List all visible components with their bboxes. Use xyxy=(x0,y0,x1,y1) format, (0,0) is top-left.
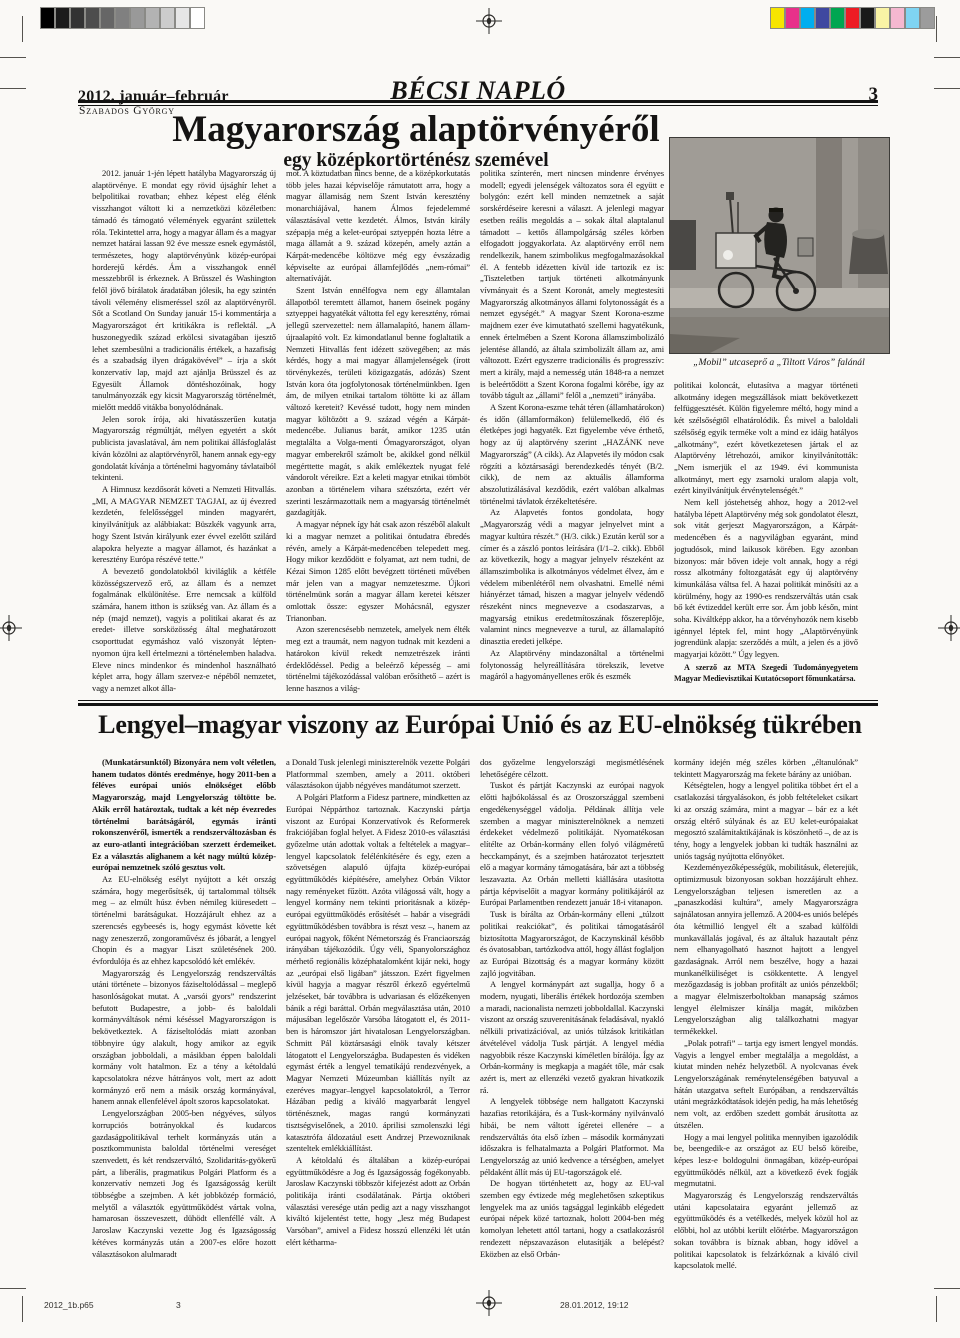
color-calibration-bar xyxy=(770,7,935,29)
article-title: Magyarország alaptörvényéről xyxy=(80,111,752,148)
grayscale-calibration-bar xyxy=(40,7,205,29)
article-paragraph: dos győzelme lengyelországi megismétlésé… xyxy=(480,757,664,780)
calibration-swatch xyxy=(860,7,875,29)
author-bio-note: A szerző az MTA Szegedi Tudományegyetem … xyxy=(674,663,858,685)
article-paragraph: Magyarország és Lengyelország rendszervá… xyxy=(674,1190,858,1272)
newspaper-page: 2012. január–február BÉCSI NAPLÓ 3 Szaba… xyxy=(0,0,960,1338)
article-paragraph: Az Alaptörvény mindazonáltal a történelm… xyxy=(480,648,664,683)
article-paragraph: 2012. január 1-jén lépett hatályba Magya… xyxy=(92,168,276,414)
article-paragraph: Nem kell jóstehetség ahhoz, hogy a 2012-… xyxy=(674,497,858,661)
article-column: kormány idején még széles körben „éltanu… xyxy=(674,757,858,1273)
crop-mark xyxy=(0,1288,26,1289)
calibration-swatch xyxy=(55,7,70,29)
calibration-swatch xyxy=(905,7,920,29)
article-column: a Donald Tusk jelenlegi miniszterelnök v… xyxy=(286,757,470,1273)
calibration-swatch xyxy=(115,7,130,29)
calibration-swatch xyxy=(800,7,815,29)
photo-spacer xyxy=(674,168,858,380)
article-paragraph: Jelen sorok írója, aki hivatásszerűen ku… xyxy=(92,414,276,484)
calibration-swatch xyxy=(830,7,845,29)
article-paragraph: politikai koloncát, elutasítva a magyar … xyxy=(674,380,858,497)
article-separator-rule xyxy=(78,700,878,706)
calibration-swatch xyxy=(40,7,55,29)
crop-mark xyxy=(934,1288,960,1289)
footer-page-number: 3 xyxy=(176,1300,181,1310)
article-column: dos győzelme lengyelországi megismétlésé… xyxy=(480,757,664,1273)
crop-mark xyxy=(0,57,26,58)
article-paragraph: A magyar népnek így hát csak azon részéb… xyxy=(286,519,470,624)
article-paragraph: mot. A köztudatban nincs benne, de a köz… xyxy=(286,168,470,285)
crop-mark xyxy=(22,1296,23,1322)
article-paragraph: A lengyelek többsége nem hallgatott Kacz… xyxy=(480,1096,664,1178)
article-paragraph: Kezdeményezőképességük, mobilitásuk, éle… xyxy=(674,862,858,1038)
calibration-swatch xyxy=(160,7,175,29)
footer-file-label: 2012_1b.p65 xyxy=(44,1300,94,1310)
registration-mark-icon xyxy=(938,615,960,641)
article-paragraph: A bevezető gondolatokból kiviláglik a ké… xyxy=(92,566,276,695)
calibration-swatch xyxy=(920,7,935,29)
crop-mark xyxy=(22,16,23,42)
article-paragraph: Tuskot és pártját Kaczynski az európai n… xyxy=(480,780,664,909)
calibration-swatch xyxy=(785,7,800,29)
article-title: Lengyel–magyar viszony az Európai Unió é… xyxy=(60,710,900,740)
header-rule xyxy=(78,100,878,106)
calibration-swatch xyxy=(890,7,905,29)
calibration-swatch xyxy=(845,7,860,29)
article-paragraph: Szent István ennélfogva nem egy államtal… xyxy=(286,285,470,519)
article-paragraph: A Polgári Platform a Fidesz partnere, mi… xyxy=(286,792,470,1155)
article-paragraph: A kétoldalú és általában a közép-európai… xyxy=(286,1155,470,1249)
article-column: 2012. január 1-jén lépett hatályba Magya… xyxy=(92,168,276,699)
calibration-swatch xyxy=(130,7,145,29)
calibration-swatch xyxy=(190,7,205,29)
registration-mark-icon xyxy=(476,8,502,34)
article-column: (Munkatársunktól) Bizonyára nem volt vél… xyxy=(92,757,276,1273)
article-paragraph: Azon szerencsésebb nemzetek, amelyek nem… xyxy=(286,624,470,694)
crop-mark xyxy=(934,57,960,58)
crop-mark xyxy=(934,88,960,89)
article-paragraph: Az Alapvetés fontos gondolata, hogy „Mag… xyxy=(480,507,664,647)
article-column: mot. A köztudatban nincs benne, de a köz… xyxy=(286,168,470,699)
article-paragraph: A lengyel kormánypárt azt sugallja, hogy… xyxy=(480,979,664,1096)
calibration-swatch xyxy=(145,7,160,29)
registration-mark-icon xyxy=(0,615,22,641)
crop-mark xyxy=(936,1296,937,1322)
calibration-swatch xyxy=(100,7,115,29)
article-paragraph: Tusk is bírálta az Orbán-kormány elleni … xyxy=(480,909,664,979)
calibration-swatch xyxy=(70,7,85,29)
calibration-swatch xyxy=(175,7,190,29)
calibration-swatch xyxy=(815,7,830,29)
lead-paragraph: (Munkatársunktól) Bizonyára nem volt vél… xyxy=(92,757,276,874)
article-paragraph: politika színterén, mert nincsen mindenr… xyxy=(480,168,664,402)
article-paragraph: Kétségtelen, hogy a lengyel politika töb… xyxy=(674,780,858,862)
article-paragraph: A Szent Korona-eszme tehát téren (államh… xyxy=(480,402,664,507)
article-paragraph: kormány idején még széles körben „éltanu… xyxy=(674,757,858,780)
article-paragraph: „Polak potrafi” – tartja egy ismert leng… xyxy=(674,1038,858,1132)
article-paragraph: A Himnusz kezdősorát követi a Nemzeti Hi… xyxy=(92,484,276,566)
registration-mark-icon xyxy=(476,1290,502,1316)
article-column: politika színterén, mert nincsen mindenr… xyxy=(480,168,664,699)
article-paragraph: Hogy a mai lengyel politika mennyiben ig… xyxy=(674,1132,858,1191)
article-paragraph: a Donald Tusk jelenlegi miniszterelnök v… xyxy=(286,757,470,792)
footer-timestamp: 28.01.2012, 19:12 xyxy=(560,1300,629,1310)
article-paragraph: De hogyan történhetett az, hogy az EU-va… xyxy=(480,1178,664,1260)
crop-mark xyxy=(936,16,937,42)
calibration-swatch xyxy=(85,7,100,29)
crop-mark xyxy=(0,88,26,89)
article-paragraph: Magyarország és Lengyelország rendszervá… xyxy=(92,968,276,1108)
article-column: politikai koloncát, elutasítva a magyar … xyxy=(674,168,858,699)
bottom-article-body: (Munkatársunktól) Bizonyára nem volt vél… xyxy=(92,757,858,1273)
article-paragraph: Az EU-elnökség esélyt nyújtott a két ors… xyxy=(92,874,276,968)
calibration-swatch xyxy=(875,7,890,29)
article-paragraph: Lengyelországban 2005-ben négyéves, súly… xyxy=(92,1108,276,1260)
top-article-body: 2012. január 1-jén lépett hatályba Magya… xyxy=(92,168,858,699)
calibration-swatch xyxy=(770,7,785,29)
